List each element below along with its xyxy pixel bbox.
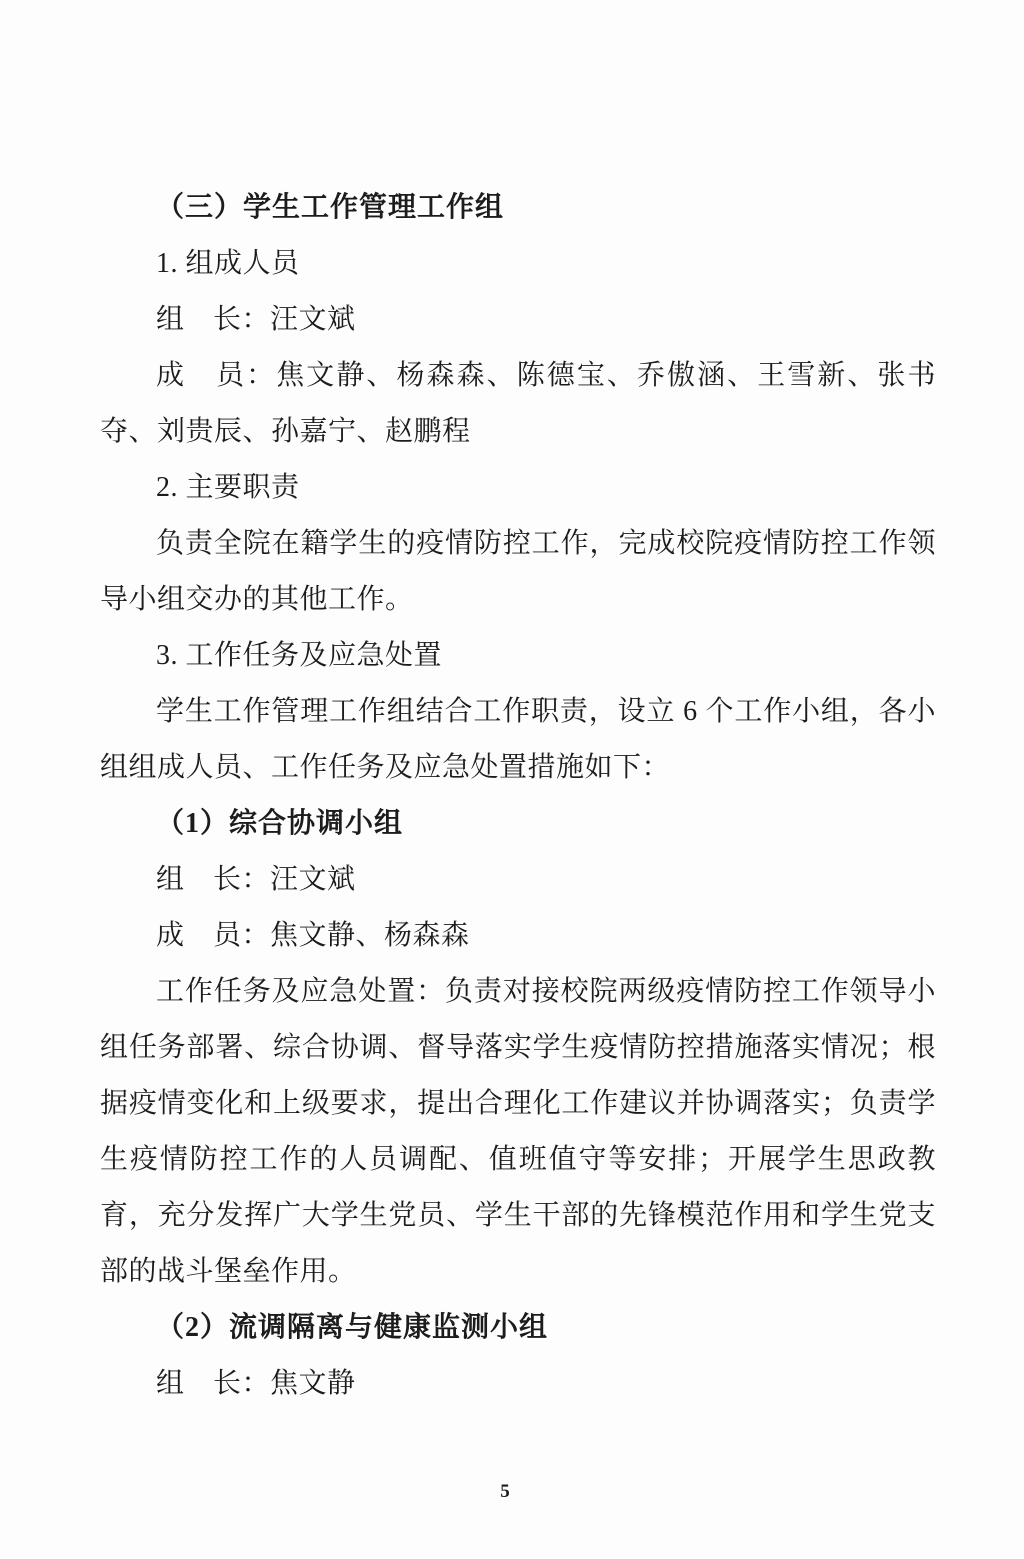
para-group-leader: 组 长：汪文斌 (100, 292, 936, 348)
page-number: 5 (0, 1481, 1010, 1503)
para-tasks-title: 3. 工作任务及应急处置 (100, 628, 936, 684)
heading-subgroup-1: （1）综合协调小组 (100, 796, 936, 852)
para-tasks-intro: 学生工作管理工作组结合工作职责，设立 6 个工作小组，各小组组成人员、工作任务及… (100, 684, 936, 796)
para-duties-title: 2. 主要职责 (100, 460, 936, 516)
para-subgroup1-tasks: 工作任务及应急处置：负责对接校院两级疫情防控工作领导小组任务部署、综合协调、督导… (100, 964, 936, 1300)
document-body: （三）学生工作管理工作组 1. 组成人员 组 长：汪文斌 成 员：焦文静、杨森森… (100, 180, 936, 1412)
para-members-title: 1. 组成人员 (100, 236, 936, 292)
para-subgroup1-leader: 组 长：汪文斌 (100, 852, 936, 908)
para-subgroup1-members: 成 员：焦文静、杨森森 (100, 908, 936, 964)
para-duties-body: 负责全院在籍学生的疫情防控工作，完成校院疫情防控工作领导小组交办的其他工作。 (100, 516, 936, 628)
para-subgroup2-leader: 组 长：焦文静 (100, 1356, 936, 1412)
heading-group-3: （三）学生工作管理工作组 (100, 180, 936, 236)
heading-subgroup-2: （2）流调隔离与健康监测小组 (100, 1300, 936, 1356)
para-group-members: 成 员：焦文静、杨森森、陈德宝、乔傲涵、王雪新、张书夺、刘贵辰、孙嘉宁、赵鹏程 (100, 348, 936, 460)
document-page: （三）学生工作管理工作组 1. 组成人员 组 长：汪文斌 成 员：焦文静、杨森森… (0, 0, 1024, 1559)
